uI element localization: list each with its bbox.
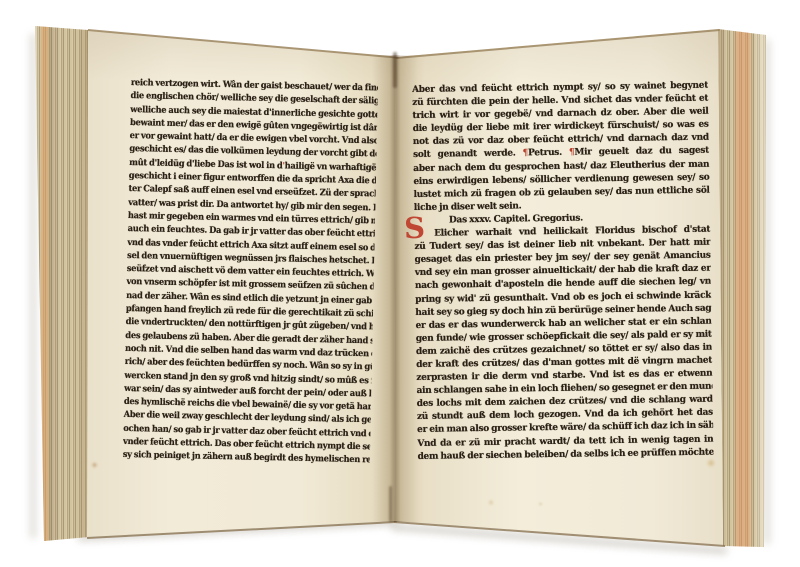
foxing-spot: [91, 462, 98, 468]
left-page-text: reich vertzogen wirt. Wân der gaist besc…: [123, 77, 378, 468]
gutter-crease-bottom: [389, 486, 392, 522]
chapter-initial-letter: S: [404, 216, 428, 242]
foxing-spot: [488, 500, 494, 505]
rubric-mark: ¶: [523, 149, 529, 159]
chapter-section: S Das xxxv. Capitel. Gregorius. Elicher …: [414, 211, 714, 464]
rubric-mark: ¶: [569, 148, 575, 158]
rubric-mark: ': [282, 161, 284, 171]
shadow-left: [30, 34, 36, 538]
book-photo: reich vertzogen wirt. Wân der gaist besc…: [0, 0, 800, 567]
gutter-crease-top: [393, 52, 397, 88]
gutter-shadow: [372, 55, 418, 522]
right-page-text: Aber das vnd feücht ettrich nympt sy/ so…: [412, 80, 714, 464]
foxing-spot: [538, 502, 543, 506]
right-page-paragraph: Aber das vnd feücht ettrich nympt sy/ so…: [412, 80, 710, 215]
foxing-spot: [706, 459, 716, 467]
